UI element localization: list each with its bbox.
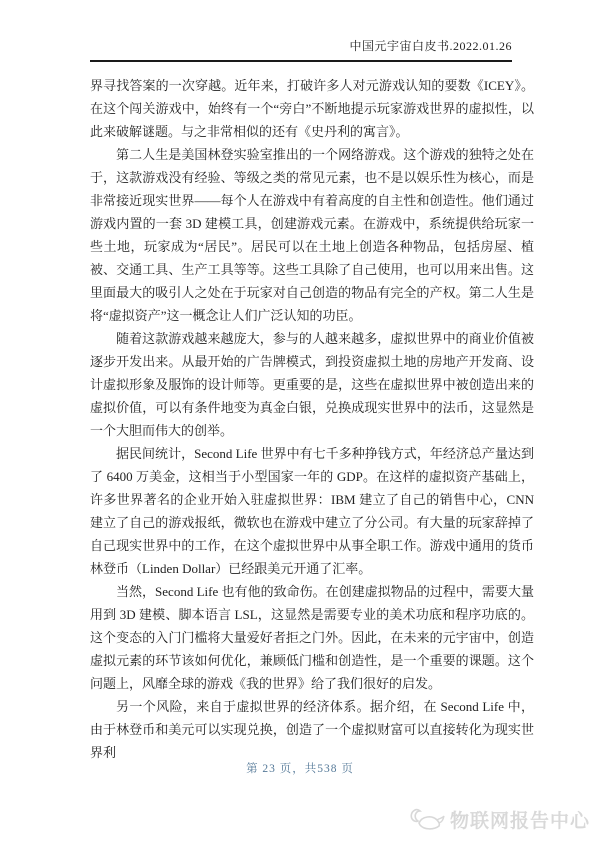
body-paragraph: 据民间统计，Second Life 世界中有七千多种挣钱方式，年经济总产量达到了… (90, 442, 534, 580)
body-paragraph: 界寻找答案的一次穿越。近年来，打破许多人对元游戏认知的要数《ICEY》。在这个闯… (90, 74, 534, 143)
page-number: 第 23 页，共538 页 (246, 763, 354, 775)
document-body: 界寻找答案的一次穿越。近年来，打破许多人对元游戏认知的要数《ICEY》。在这个闯… (90, 74, 534, 764)
page-footer: 第 23 页，共538 页 (0, 760, 600, 776)
body-paragraph: 第二人生是美国林登实验室推出的一个网络游戏。这个游戏的独特之处在于，这款游戏没有… (90, 143, 534, 327)
watermark-label: 物联网报告中心 (450, 806, 590, 833)
header-title: 中国元宇宙白皮书.2022.01.26 (349, 39, 512, 53)
document-page: 中国元宇宙白皮书.2022.01.26 界寻找答案的一次穿越。近年来，打破许多人… (0, 0, 600, 848)
report-center-logo-icon (409, 807, 445, 833)
body-paragraph: 另一个风险，来自于虚拟世界的经济体系。据介绍，在 Second Life 中，由… (90, 695, 534, 764)
body-paragraph: 随着这款游戏越来越庞大，参与的人越来越多，虚拟世界中的商业价值被逐步开发出来。从… (90, 327, 534, 442)
page-header: 中国元宇宙白皮书.2022.01.26 (90, 37, 512, 62)
watermark: 物联网报告中心 (409, 806, 590, 833)
body-paragraph: 当然，Second Life 也有他的致命伤。在创建虚拟物品的过程中，需要大量用… (90, 580, 534, 695)
